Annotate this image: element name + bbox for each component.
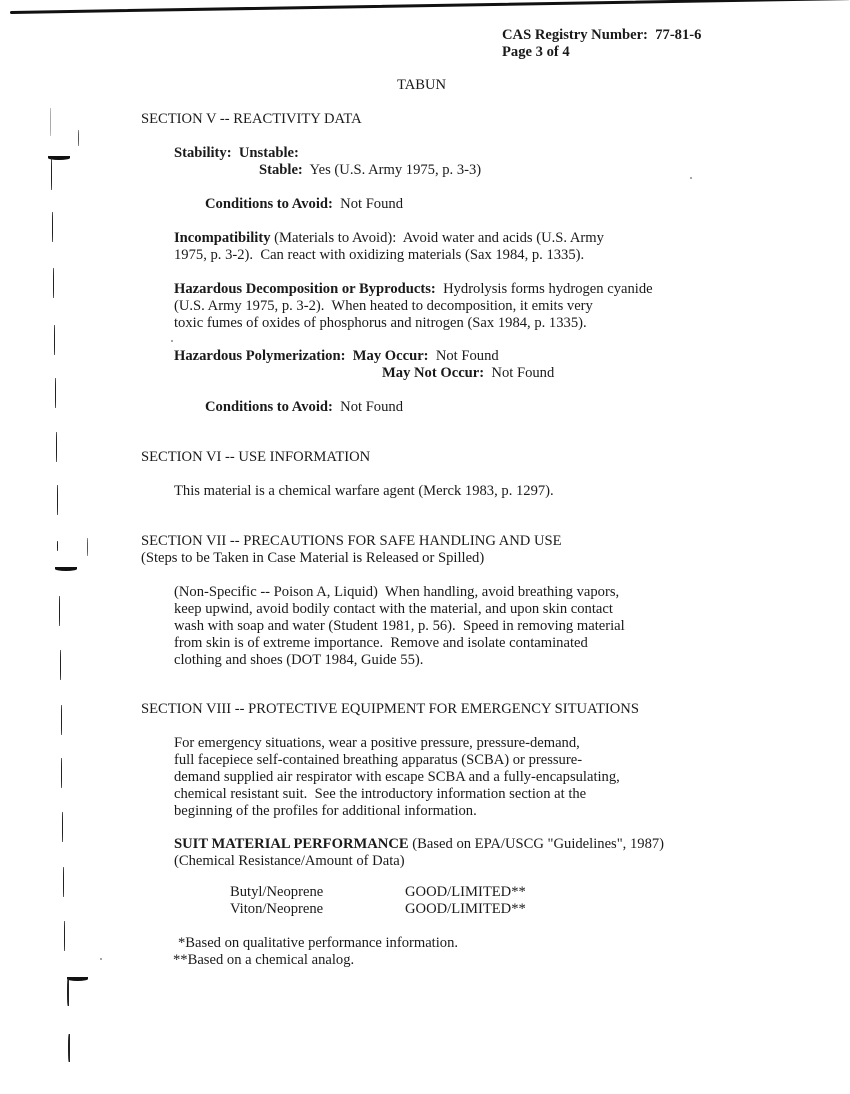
section-7-heading: SECTION VII -- PRECAUTIONS FOR SAFE HAND…: [141, 533, 562, 550]
may-not-occur-value: Not Found: [491, 365, 554, 381]
polymerization-label: Hazardous Polymerization:: [174, 348, 345, 364]
cas-registry: CAS Registry Number: 77-81-6: [502, 27, 701, 44]
conditions-value-2: Not Found: [340, 399, 403, 415]
suit-performance-label: SUIT MATERIAL PERFORMANCE: [174, 836, 409, 852]
stability-row: Stability: Unstable:: [174, 145, 299, 162]
section-8-heading: SECTION VIII -- PROTECTIVE EQUIPMENT FOR…: [141, 701, 639, 718]
material-rating: GOOD/LIMITED**: [405, 901, 526, 918]
decomposition-label: Hazardous Decomposition or Byproducts:: [174, 281, 436, 297]
protective-equipment-line: full facepiece self-contained breathing …: [174, 752, 582, 769]
section-5-heading: SECTION V -- REACTIVITY DATA: [141, 111, 362, 128]
incompatibility-label: Incompatibility: [174, 230, 271, 246]
incompatibility-line-2: 1975, p. 3-2). Can react with oxidizing …: [174, 247, 584, 264]
decomposition-line-3: toxic fumes of oxides of phosphorus and …: [174, 315, 587, 332]
precautions-line: (Non-Specific -- Poison A, Liquid) When …: [174, 584, 619, 601]
may-not-occur-label: May Not Occur:: [382, 365, 484, 381]
protective-equipment-line: demand supplied air respirator with esca…: [174, 769, 620, 786]
document-title: TABUN: [397, 77, 446, 94]
incompatibility-line-1: Incompatibility (Materials to Avoid): Av…: [174, 230, 604, 247]
stable-label: Stable:: [259, 162, 303, 178]
precautions-line: keep upwind, avoid bodily contact with t…: [174, 601, 613, 618]
precautions-line: wash with soap and water (Student 1981, …: [174, 618, 625, 635]
stable-value: Yes (U.S. Army 1975, p. 3-3): [310, 162, 482, 178]
decomposition-line-1: Hazardous Decomposition or Byproducts: H…: [174, 281, 653, 298]
footnote-1: *Based on qualitative performance inform…: [178, 935, 458, 952]
suit-performance-source: (Based on EPA/USCG "Guidelines", 1987): [412, 836, 664, 852]
protective-equipment-line: chemical resistant suit. See the introdu…: [174, 786, 586, 803]
decomposition-line-2: (U.S. Army 1975, p. 3-2). When heated to…: [174, 298, 593, 315]
top-rule-line: [10, 0, 850, 14]
material-rating: GOOD/LIMITED**: [405, 884, 526, 901]
may-not-occur-row: May Not Occur: Not Found: [382, 365, 554, 382]
protective-equipment-line: For emergency situations, wear a positiv…: [174, 735, 580, 752]
conditions-value: Not Found: [340, 196, 403, 212]
stability-label: Stability:: [174, 145, 232, 161]
use-information-text: This material is a chemical warfare agen…: [174, 483, 554, 500]
cas-label: CAS Registry Number:: [502, 27, 648, 43]
may-occur-value: Not Found: [436, 348, 499, 364]
unstable-label: Unstable:: [239, 145, 299, 161]
material-name: Viton/Neoprene: [230, 901, 323, 918]
conditions-row-2: Conditions to Avoid: Not Found: [205, 399, 403, 416]
decomposition-text: Hydrolysis forms hydrogen cyanide: [443, 281, 653, 297]
conditions-label-2: Conditions to Avoid:: [205, 399, 333, 415]
section-6-heading: SECTION VI -- USE INFORMATION: [141, 449, 370, 466]
incompatibility-text: (Materials to Avoid): Avoid water and ac…: [274, 230, 604, 246]
material-name: Butyl/Neoprene: [230, 884, 323, 901]
conditions-label: Conditions to Avoid:: [205, 196, 333, 212]
footnote-2: **Based on a chemical analog.: [173, 952, 354, 969]
page-number: Page 3 of 4: [502, 44, 570, 61]
polymerization-row: Hazardous Polymerization: May Occur: Not…: [174, 348, 499, 365]
protective-equipment-line: beginning of the profiles for additional…: [174, 803, 477, 820]
precautions-line: from skin is of extreme importance. Remo…: [174, 635, 588, 652]
may-occur-label: May Occur:: [353, 348, 429, 364]
suit-performance-heading: SUIT MATERIAL PERFORMANCE (Based on EPA/…: [174, 836, 664, 853]
cas-number: 77-81-6: [655, 27, 701, 43]
section-7-subheading: (Steps to be Taken in Case Material is R…: [141, 550, 484, 567]
suit-performance-subheading: (Chemical Resistance/Amount of Data): [174, 853, 405, 870]
precautions-line: clothing and shoes (DOT 1984, Guide 55).: [174, 652, 423, 669]
stable-row: Stable: Yes (U.S. Army 1975, p. 3-3): [259, 162, 481, 179]
conditions-row: Conditions to Avoid: Not Found: [205, 196, 403, 213]
